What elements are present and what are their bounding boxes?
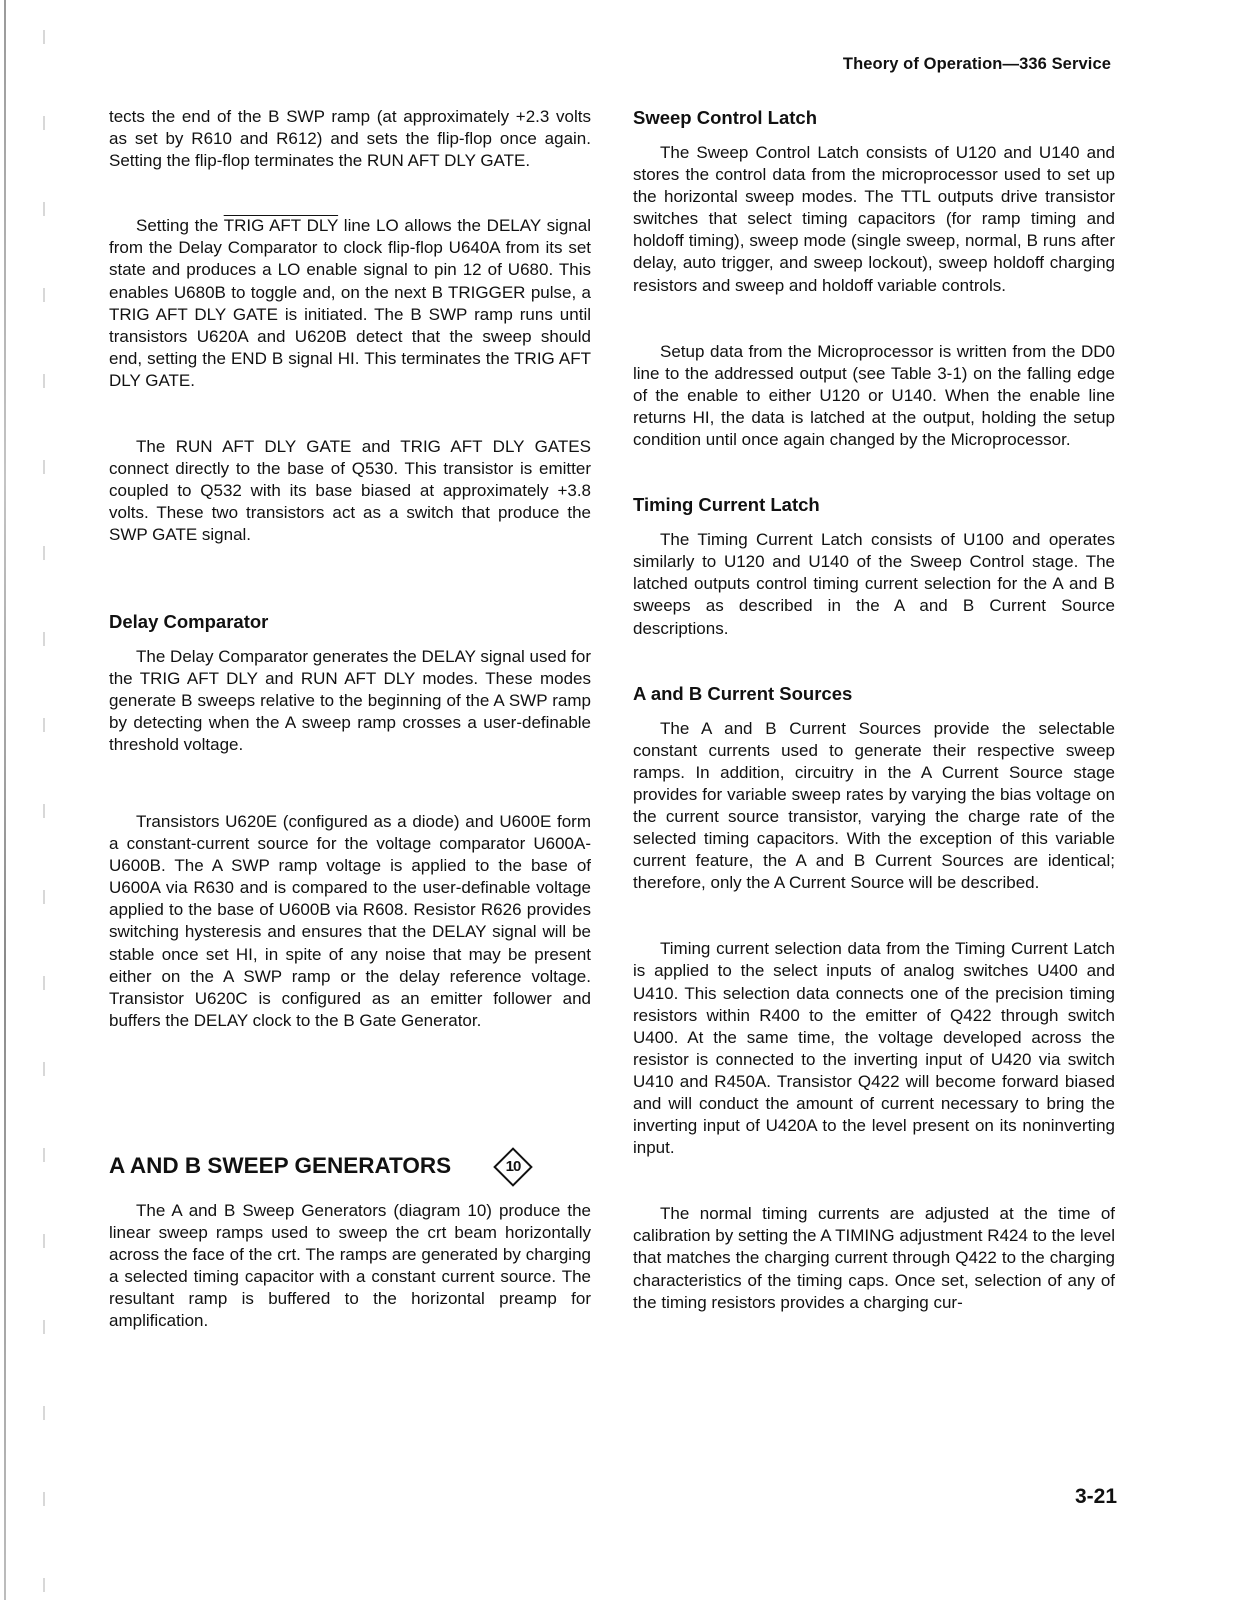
overline-signal-name: TRIG AFT DLY [224, 216, 338, 235]
paragraph-timing-current-latch: The Timing Current Latch consists of U10… [633, 529, 1115, 639]
paragraph-trig-aft-dly: Setting the TRIG AFT DLY line LO allows … [109, 215, 591, 392]
section-heading-delay-comparator: Delay Comparator [109, 610, 591, 634]
paragraph-text: Setting the [136, 216, 224, 235]
left-column: tects the end of the B SWP ramp (at appr… [109, 106, 591, 1332]
paragraph-sweep-generators: The A and B Sweep Generators (diagram 10… [109, 1200, 591, 1333]
paragraph-setup-data: Setup data from the Microprocessor is wr… [633, 341, 1115, 451]
chapter-heading-text: A AND B SWEEP GENERATORS [109, 1152, 451, 1180]
diagram-number: 10 [501, 1155, 525, 1179]
paragraph-sweep-control-latch: The Sweep Control Latch consists of U120… [633, 142, 1115, 297]
paragraph-normal-timing-currents: The normal timing currents are adjusted … [633, 1203, 1115, 1313]
paragraph-gates: The RUN AFT DLY GATE and TRIG AFT DLY GA… [109, 436, 591, 546]
paragraph-current-sources-intro: The A and B Current Sources provide the … [633, 718, 1115, 895]
scan-margin-marks [43, 0, 45, 1600]
section-heading-sweep-control-latch: Sweep Control Latch [633, 106, 1115, 130]
paragraph-delay-comparator-intro: The Delay Comparator generates the DELAY… [109, 646, 591, 756]
paragraph-continuation: tects the end of the B SWP ramp (at appr… [109, 106, 591, 172]
right-column: Sweep Control Latch The Sweep Control La… [633, 106, 1115, 1314]
paragraph-text: line LO allows the DELAY signal from the… [109, 216, 591, 390]
section-heading-current-sources: A and B Current Sources [633, 682, 1115, 706]
paragraph-delay-comparator-detail: Transistors U620E (configured as a diode… [109, 811, 591, 1032]
chapter-heading-sweep-generators: A AND B SWEEP GENERATORS 10 [109, 1152, 591, 1180]
scan-binding-edge [4, 0, 6, 1600]
page-number: 3-21 [1075, 1485, 1117, 1509]
section-heading-timing-current-latch: Timing Current Latch [633, 493, 1115, 517]
diagram-number-diamond-icon: 10 [493, 1147, 533, 1187]
running-head: Theory of Operation—336 Service [843, 55, 1111, 74]
paragraph-timing-selection: Timing current selection data from the T… [633, 938, 1115, 1159]
